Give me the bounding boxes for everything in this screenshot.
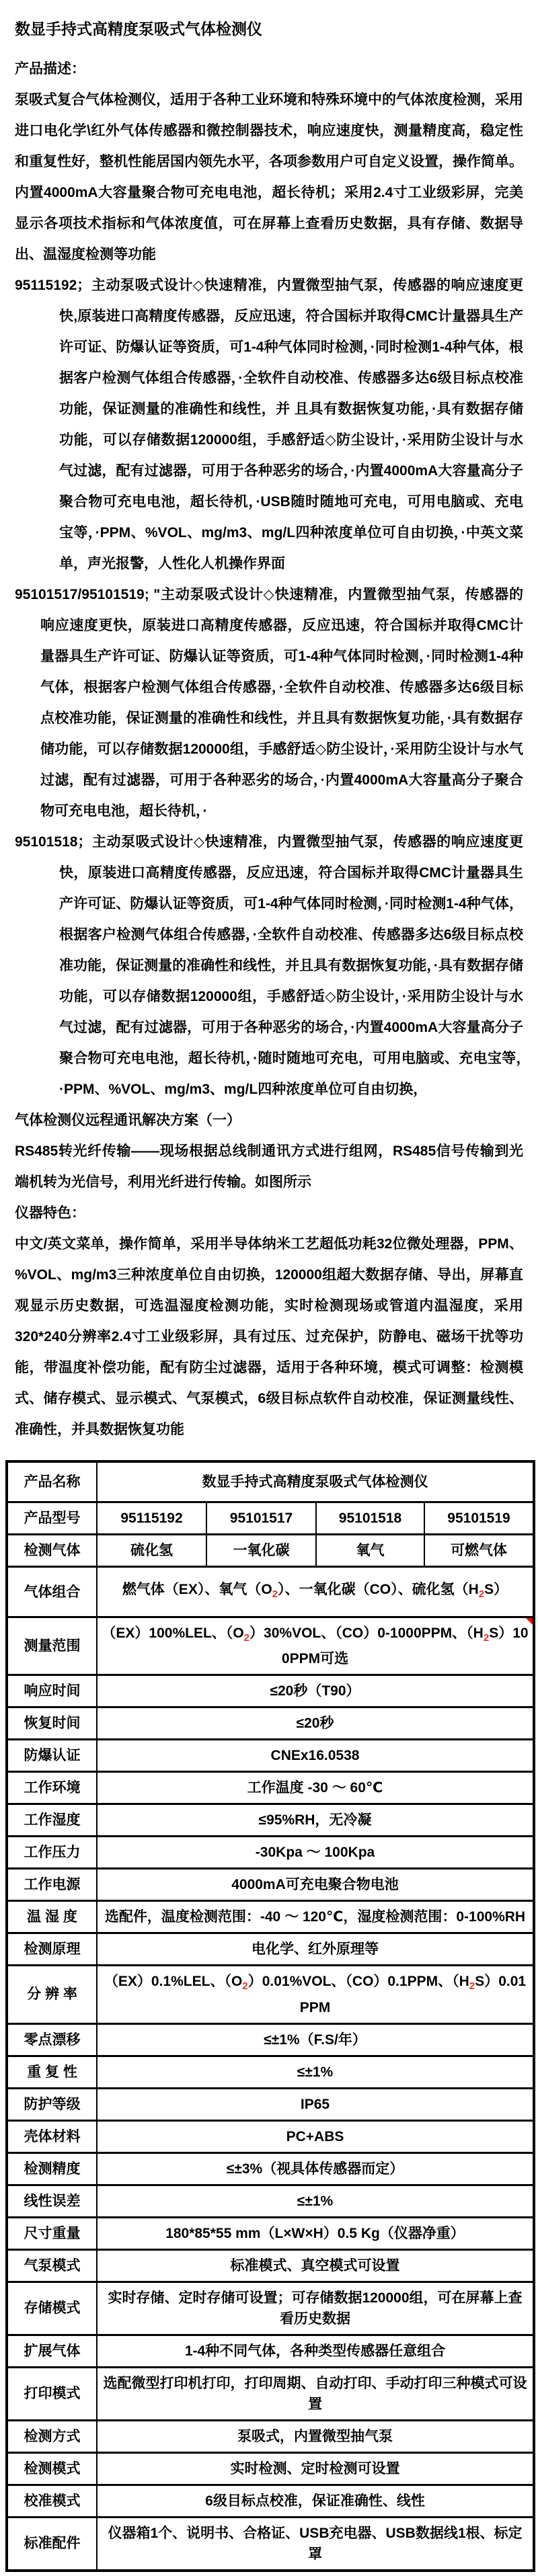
description-paragraph: 泵吸式复合气体检测仪，适用于各种工业环境和特殊环境中的气体浓度检测，采用进口电化… xyxy=(15,85,523,270)
spec-label-cell: 校准模式 xyxy=(7,2485,97,2517)
spec-row: 检测模式 实时检测、定时检测可设置 xyxy=(7,2452,534,2485)
spec-label-cell: 检测精度 xyxy=(7,2152,97,2185)
spec-row: 工作压力 -30Kpa ～ 100Kpa xyxy=(7,1837,534,1869)
detected-gas-row: 检测气体 硫化氢 一氧化碳 氧气 可燃气体 xyxy=(7,1535,534,1567)
spec-value-cell: ≤±1% xyxy=(97,2185,534,2217)
spec-row: 响应时间 ≤20秒（T90） xyxy=(7,1675,534,1707)
model-paragraph-95101518: 95101518；主动泵吸式设计◇快速精准，内置微型抽气泵，传感器的响应速度更快… xyxy=(15,827,523,1105)
detected-gas-cell: 氧气 xyxy=(316,1535,424,1567)
spec-row: 标准配件 仪器箱1个、说明书、合格证、USB充电器、USB数据线1根、标定罩 xyxy=(7,2517,534,2571)
description-heading: 产品描述： xyxy=(15,54,523,85)
spec-label-cell: 防护等级 xyxy=(7,2088,97,2120)
spec-label-cell: 扩展气体 xyxy=(7,2335,97,2367)
spec-row: 工作环境 工作温度 -30 ～ 60℃ xyxy=(7,1772,534,1804)
spec-label-cell: 打印模式 xyxy=(7,2367,97,2420)
spec-value-cell: 仪器箱1个、说明书、合格证、USB充电器、USB数据线1根、标定罩 xyxy=(97,2517,534,2571)
spec-label-cell: 温 湿 度 xyxy=(7,1901,97,1933)
spec-label-cell: 重 复 性 xyxy=(7,2056,97,2088)
spec-label-cell: 响应时间 xyxy=(7,1675,97,1707)
spec-row: 扩展气体 1-4种不同气体，各种类型传感器任意组合 xyxy=(7,2335,534,2367)
comm-solution-title: 气体检测仪远程通讯解决方案（一） xyxy=(15,1105,523,1136)
spec-label-cell: 工作环境 xyxy=(7,1772,97,1804)
spec-row: 气泵模式 标准模式、真空模式可设置 xyxy=(7,2249,534,2282)
spec-label-cell: 检测方式 xyxy=(7,2420,97,2452)
model-number-cell: 95115192 xyxy=(97,1502,206,1535)
detected-gas-cell: 硫化氢 xyxy=(97,1535,206,1567)
spec-row: 线性误差 ≤±1% xyxy=(7,2185,534,2217)
spec-label-cell: 尺寸重量 xyxy=(7,2217,97,2249)
product-name-value: 数显手持式高精度泵吸式气体检测仪 xyxy=(97,1461,534,1502)
spec-value-cell: 180*85*55 mm（L×W×H）0.5 Kg（仪器净重） xyxy=(97,2217,534,2249)
spec-value-cell: 泵吸式，内置微型抽气泵 xyxy=(97,2420,534,2452)
product-name-row: 产品名称 数显手持式高精度泵吸式气体检测仪 xyxy=(7,1461,534,1502)
spec-value-cell: 电化学、红外原理等 xyxy=(97,1933,534,1966)
spec-label-cell: 壳体材料 xyxy=(7,2120,97,2152)
spec-row: 尺寸重量 180*85*55 mm（L×W×H）0.5 Kg（仪器净重） xyxy=(7,2217,534,2249)
spec-value-cell: ≤95%RH，无冷凝 xyxy=(97,1804,534,1837)
spec-row: 恢复时间 ≤20秒 xyxy=(7,1707,534,1740)
model-number-cell: 95101517 xyxy=(206,1502,316,1535)
spec-label-cell: 产品型号 xyxy=(7,1502,97,1535)
spec-label-cell: 测量范围 xyxy=(7,1617,97,1675)
spec-value-cell: 工作温度 -30 ～ 60℃ xyxy=(97,1772,534,1804)
spec-value-cell: 实时检测、定时检测可设置 xyxy=(97,2452,534,2485)
model-paragraph-95101517-95101519: 95101517/95101519; "主动泵吸式设计◇快速精准，内置微型抽气泵… xyxy=(15,579,523,827)
spec-row: 检测精度 ≤±3%（视具体传感器而定） xyxy=(7,2152,534,2185)
spec-label-cell: 恢复时间 xyxy=(7,1707,97,1740)
spec-row: 工作湿度 ≤95%RH，无冷凝 xyxy=(7,1804,534,1837)
spec-row: 分 辨 率 （EX）0.1%LEL、（O2）0.01%VOL、（CO）0.1PP… xyxy=(7,1966,534,2023)
spec-row: 工作电源 4000mA可充电聚合物电池 xyxy=(7,1869,534,1901)
spec-label-cell: 存储模式 xyxy=(7,2282,97,2335)
spec-table: 产品名称 数显手持式高精度泵吸式气体检测仪 产品型号 95115192 9510… xyxy=(5,1460,535,2572)
features-heading: 仪器特色： xyxy=(15,1198,523,1229)
page-title: 数显手持式高精度泵吸式气体检测仪 xyxy=(15,19,523,39)
spec-value-cell: 燃气体（EX）、氧气（O2）、一氧化碳（CO）、硫化氢（H2S） xyxy=(97,1567,534,1617)
features-paragraph: 中文/英文菜单，操作简单，采用半导体纳米工艺超低功耗32位微处理器，PPM、%V… xyxy=(15,1229,523,1445)
spec-value-cell: ≤20秒 xyxy=(97,1707,534,1740)
spec-row: 气体组合 燃气体（EX）、氧气（O2）、一氧化碳（CO）、硫化氢（H2S） xyxy=(7,1567,534,1617)
spec-label-cell: 检测模式 xyxy=(7,2452,97,2485)
detected-gas-cell: 一氧化碳 xyxy=(206,1535,316,1567)
spec-row: 存储模式 实时存储、定时存储可设置；可存储数据120000组，可在屏幕上查看历史… xyxy=(7,2282,534,2335)
spec-row: 检测原理 电化学、红外原理等 xyxy=(7,1933,534,1966)
spec-value-cell: （EX）100%LEL、（O2）30%VOL、（CO）0-1000PPM、（H2… xyxy=(97,1617,534,1675)
spec-row: 温 湿 度 选配件，温度检测范围：-40 ～ 120℃，湿度检测范围：0-100… xyxy=(7,1901,534,1933)
spec-label-cell: 工作压力 xyxy=(7,1837,97,1869)
spec-value-cell: PC+ABS xyxy=(97,2120,534,2152)
spec-row: 零点漂移 ≤±1%（F.S/年） xyxy=(7,2023,534,2056)
comm-solution-text: RS485转光纤传输——现场根据总线制通讯方式进行组网，RS485信号传输到光端… xyxy=(15,1136,523,1198)
spec-row: 壳体材料 PC+ABS xyxy=(7,2120,534,2152)
model-number-cell: 95101519 xyxy=(424,1502,534,1535)
spec-value-cell: ≤±1%（F.S/年） xyxy=(97,2023,534,2056)
spec-value-cell: 选配件，温度检测范围：-40 ～ 120℃，湿度检测范围：0-100%RH xyxy=(97,1901,534,1933)
model-number-cell: 95101518 xyxy=(316,1502,424,1535)
product-document: 数显手持式高精度泵吸式气体检测仪 产品描述： 泵吸式复合气体检测仪，适用于各种工… xyxy=(0,0,538,2576)
spec-label-cell: 检测气体 xyxy=(7,1535,97,1567)
spec-label-cell: 气体组合 xyxy=(7,1567,97,1617)
spec-label-cell: 防爆认证 xyxy=(7,1740,97,1772)
spec-label-cell: 检测原理 xyxy=(7,1933,97,1966)
model-paragraph-95115192: 95115192；主动泵吸式设计◇快速精准，内置微型抽气泵，传感器的响应速度更快… xyxy=(15,270,523,579)
spec-value-cell: IP65 xyxy=(97,2088,534,2120)
spec-label-cell: 产品名称 xyxy=(7,1461,97,1502)
spec-value-cell: 1-4种不同气体，各种类型传感器任意组合 xyxy=(97,2335,534,2367)
spec-value-cell: 选配微型打印机打印，打印周期、自动打印、手动打印三种模式可设置 xyxy=(97,2367,534,2420)
spec-row: 重 复 性 ≤±1% xyxy=(7,2056,534,2088)
spec-row: 打印模式 选配微型打印机打印，打印周期、自动打印、手动打印三种模式可设置 xyxy=(7,2367,534,2420)
spec-value-cell: ≤±1% xyxy=(97,2056,534,2088)
detected-gas-cell: 可燃气体 xyxy=(424,1535,534,1567)
spec-value-cell: 6级目标点校准，保证准确性、线性 xyxy=(97,2485,534,2517)
spec-value-cell: 实时存储、定时存储可设置；可存储数据120000组，可在屏幕上查看历史数据 xyxy=(97,2282,534,2335)
model-number-row: 产品型号 95115192 95101517 95101518 95101519 xyxy=(7,1502,534,1535)
spec-label-cell: 线性误差 xyxy=(7,2185,97,2217)
spec-label-cell: 零点漂移 xyxy=(7,2023,97,2056)
spec-value-cell: ≤20秒（T90） xyxy=(97,1675,534,1707)
spec-value-cell: -30Kpa ～ 100Kpa xyxy=(97,1837,534,1869)
spec-label-cell: 工作电源 xyxy=(7,1869,97,1901)
spec-label-cell: 标准配件 xyxy=(7,2517,97,2571)
spec-label-cell: 分 辨 率 xyxy=(7,1966,97,2023)
spec-row: 测量范围 （EX）100%LEL、（O2）30%VOL、（CO）0-1000PP… xyxy=(7,1617,534,1675)
spec-value-cell: 4000mA可充电聚合物电池 xyxy=(97,1869,534,1901)
spec-row: 校准模式 6级目标点校准，保证准确性、线性 xyxy=(7,2485,534,2517)
spec-value-cell: （EX）0.1%LEL、（O2）0.01%VOL、（CO）0.1PPM、（H2S… xyxy=(97,1966,534,2023)
spec-value-cell: CNEx16.0538 xyxy=(97,1740,534,1772)
spec-row: 检测方式 泵吸式，内置微型抽气泵 xyxy=(7,2420,534,2452)
spec-value-cell: ≤±3%（视具体传感器而定） xyxy=(97,2152,534,2185)
spec-row: 防爆认证 CNEx16.0538 xyxy=(7,1740,534,1772)
spec-label-cell: 工作湿度 xyxy=(7,1804,97,1837)
spec-value-cell: 标准模式、真空模式可设置 xyxy=(97,2249,534,2282)
spec-label-cell: 气泵模式 xyxy=(7,2249,97,2282)
spec-row: 防护等级 IP65 xyxy=(7,2088,534,2120)
comment-marker-icon xyxy=(526,1618,533,1625)
